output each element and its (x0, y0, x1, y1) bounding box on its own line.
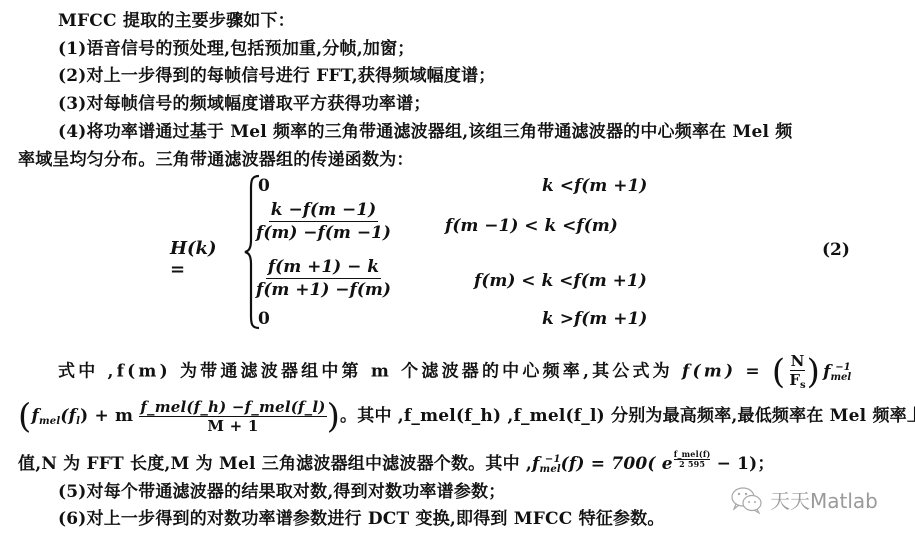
case-4-condition: k >f(m +1) (542, 309, 647, 329)
case-2-numerator: k −f(m −1) (269, 200, 378, 222)
mel-range-numerator: f_mel(f_h) −f_mel(f_l) (139, 398, 326, 417)
step-5: (5)对每个带通滤波器的结果取对数,得到对数功率谱参数； (58, 481, 505, 503)
case-2-denominator: f(m) −f(m −1) (254, 222, 393, 243)
left-paren: ( (772, 352, 788, 392)
intro-heading: MFCC 提取的主要步骤如下： (58, 10, 295, 32)
exponent-fraction: f_mel(f)2 595 (674, 450, 711, 469)
step-3: (3)对每帧信号的频域幅度谱取平方获得功率谱； (58, 93, 431, 115)
left-paren: ( (18, 397, 31, 437)
n-numerator: N (790, 352, 806, 371)
step-6: (6)对上一步得到的对数功率谱参数进行 DCT 变换,即得到 MFCC 特征参数… (58, 508, 665, 530)
equation-number: (2) (822, 240, 850, 260)
case-1-value: 0 (258, 176, 270, 196)
case-4-value: 0 (258, 309, 270, 329)
case-2-value: k −f(m −1) f(m) −f(m −1) (254, 200, 393, 243)
f-mel-fl: fmel(fl (31, 406, 80, 426)
right-paren: ) (327, 397, 340, 437)
f-mel-inverse: fmel−1 (823, 362, 850, 382)
step-2: (2)对上一步得到的每帧信号进行 FFT,获得频域幅度谱； (58, 65, 495, 87)
watermark: 天天Matlab (730, 485, 878, 514)
mel-inverse-formula: fmel−1(f) = 700( e (532, 454, 673, 474)
case-3-numerator: f(m +1) − k (266, 257, 381, 279)
equation-lhs: H(k) = (170, 238, 217, 280)
case-3-denominator: f(m +1) −f(m) (254, 279, 393, 300)
watermark-text: 天天Matlab (770, 485, 878, 514)
fm-definition-line-3: 值,N 为 FFT 长度,M 为 Mel 三角滤波器组中滤波器个数。其中 ,fm… (18, 453, 775, 481)
case-3-condition: f(m) < k <f(m +1) (474, 271, 647, 291)
fm-formula-lhs: f(m) = (682, 362, 763, 382)
n-m-definition: 值,N 为 FFT 长度,M 为 Mel 三角滤波器组中滤波器个数。其中 , (18, 454, 532, 474)
wechat-icon (730, 486, 764, 514)
left-brace-icon (243, 174, 261, 330)
step-1: (1)语音信号的预处理,包括预加重,分帧,加窗； (58, 38, 414, 60)
plus-m: ) + m (80, 406, 133, 426)
fm-definition-line-1: 式中 ,f(m) 为带通滤波器组中第 m 个滤波器的中心频率,其公式为 f(m)… (58, 352, 851, 392)
fm-definition-line-2: (fmel(fl) + m f_mel(f_h) −f_mel(f_l) M +… (18, 398, 915, 435)
case-1-condition: k <f(m +1) (542, 176, 647, 196)
case-3-value: f(m +1) − k f(m +1) −f(m) (254, 257, 393, 300)
step-4: (4)将功率谱通过基于 Mel 频率的三角带通滤波器组,该组三角带通滤波器的中心… (58, 121, 793, 143)
step-4-continued: 率域呈均匀分布。三角带通滤波器组的传递函数为： (18, 149, 414, 171)
fs-denominator: Fs (788, 371, 806, 392)
mel-range-denominator: M + 1 (206, 417, 259, 435)
case-2-condition: f(m −1) < k <f(m) (445, 216, 618, 236)
fm-text-line-2: 。其中 ,f_mel(f_h) ,f_mel(f_l) 分别为最高频率,最低频率… (340, 406, 915, 426)
right-paren: ) (807, 352, 823, 392)
fm-text: 式中 ,f(m) 为带通滤波器组中第 m 个滤波器的中心频率,其公式为 (58, 362, 673, 382)
